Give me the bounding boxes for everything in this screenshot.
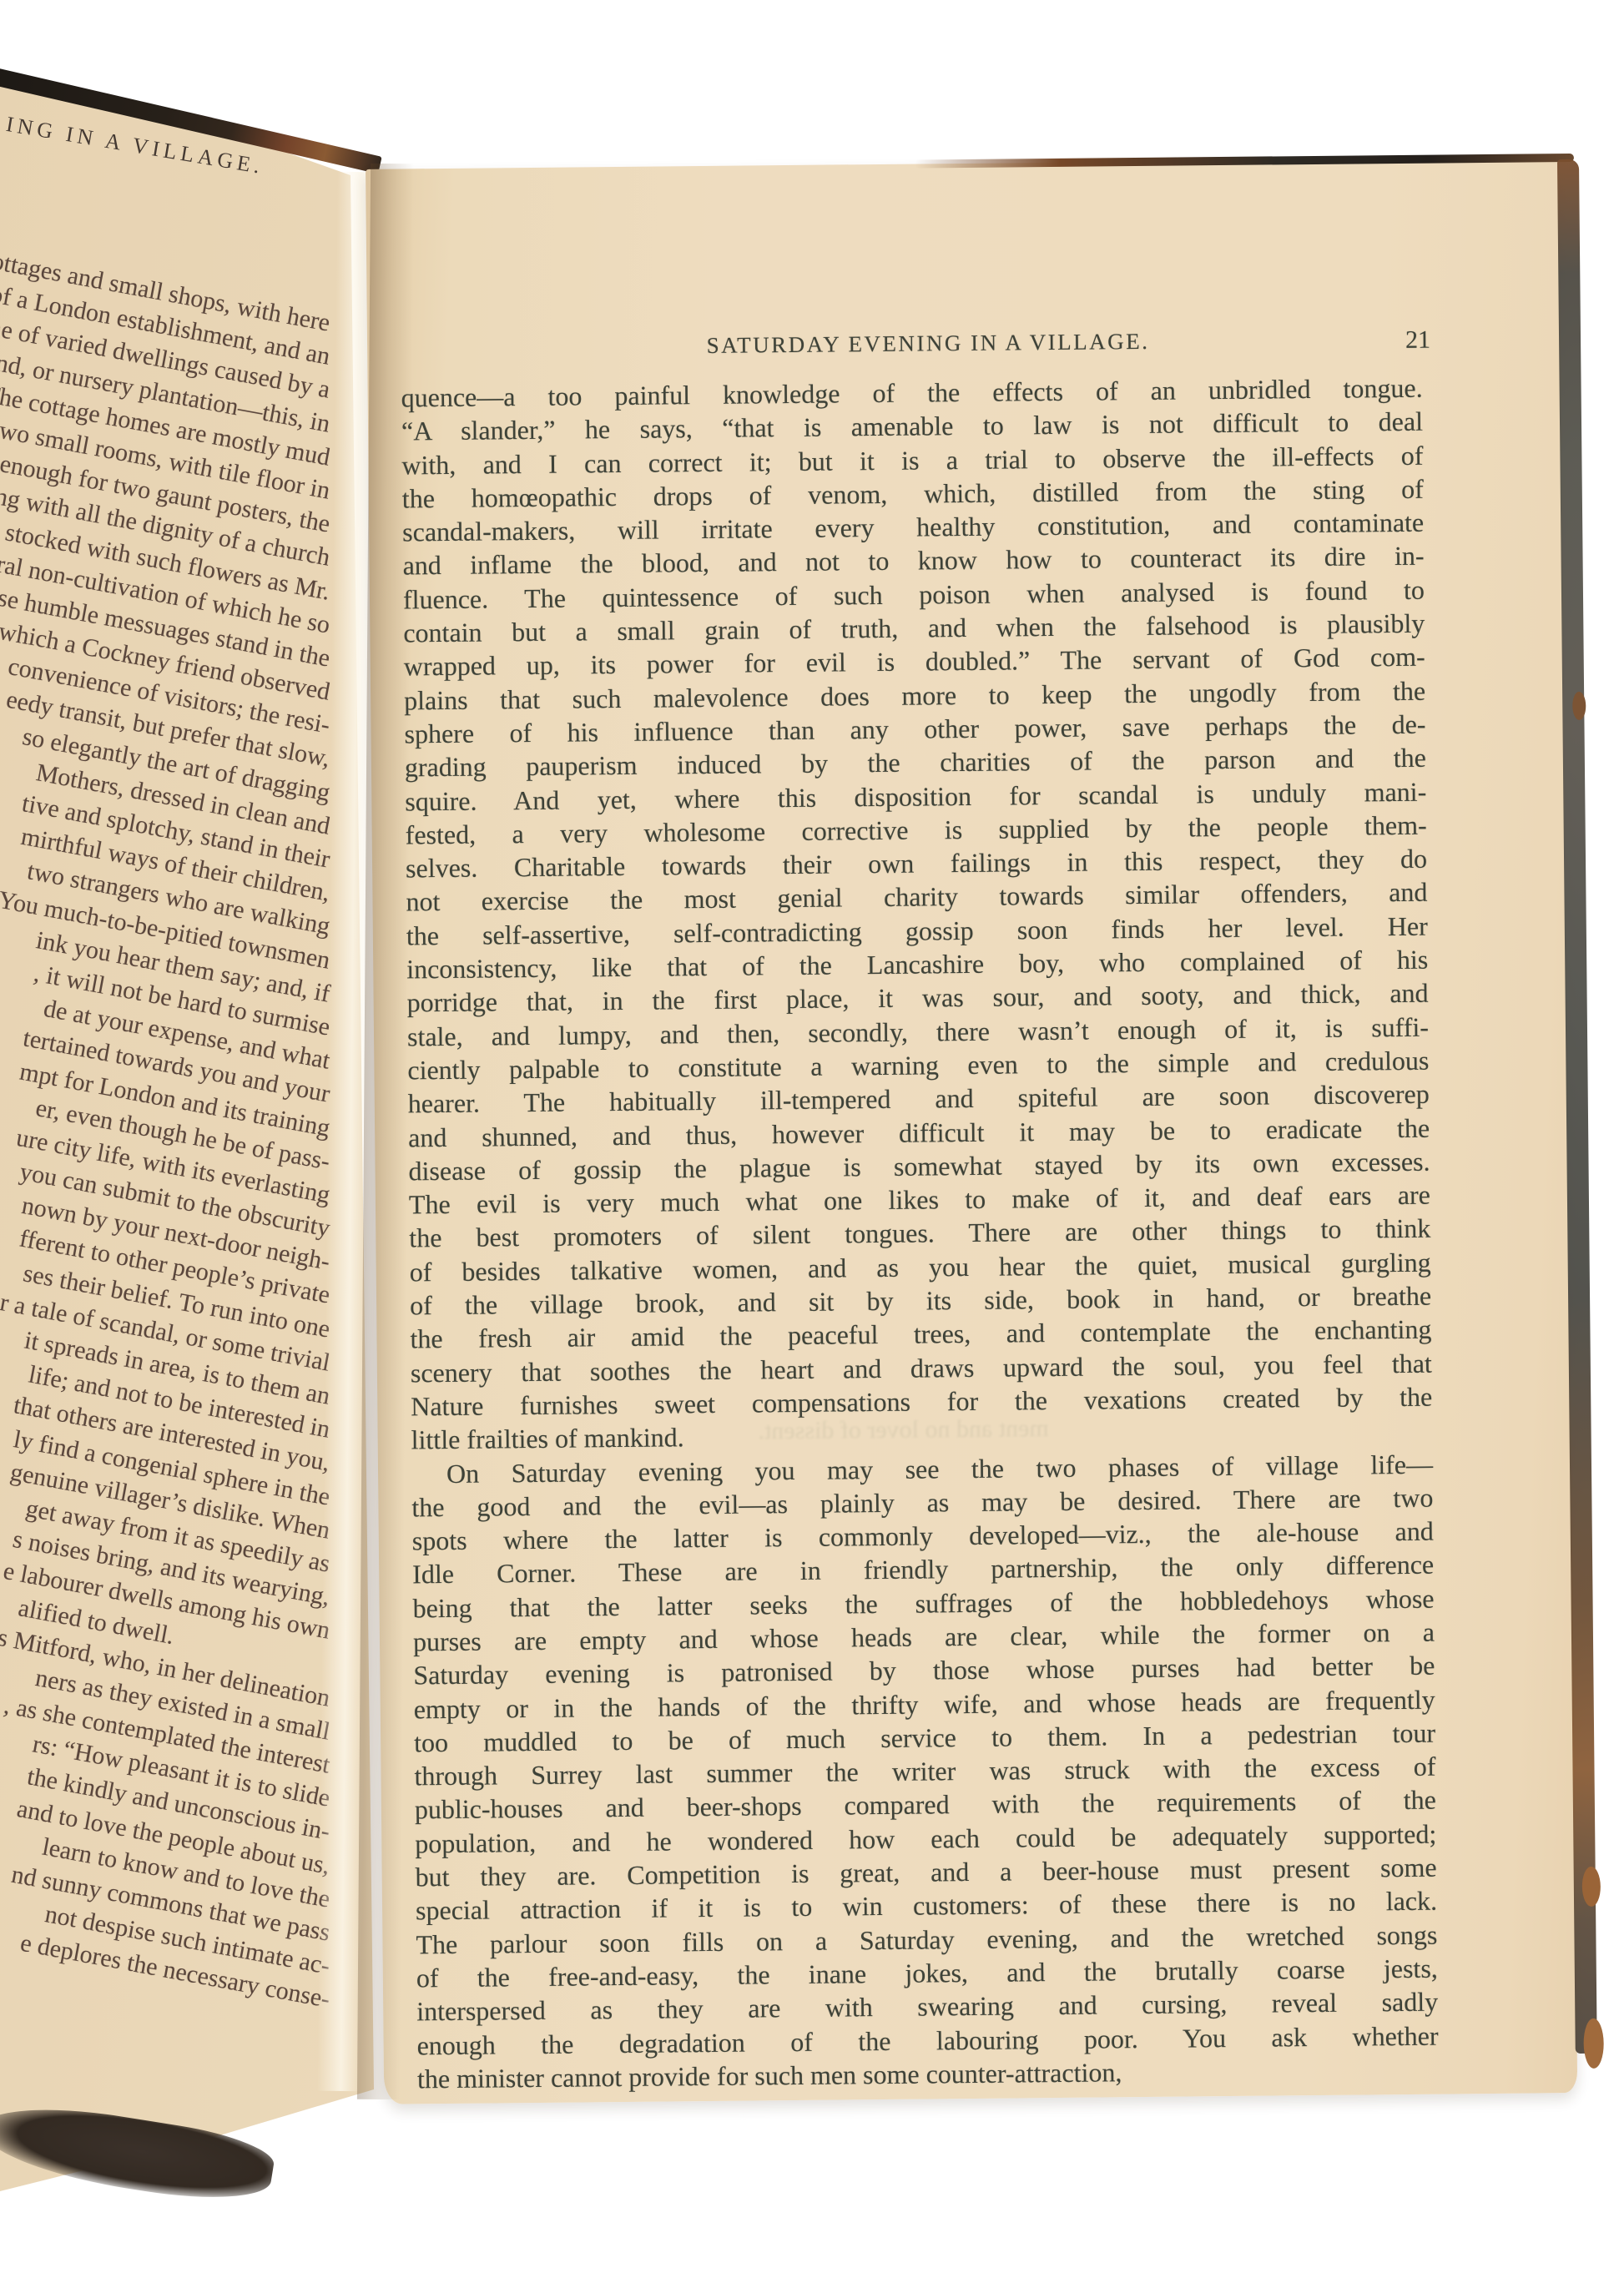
page-block-fore-edge — [1557, 159, 1597, 2054]
fore-edge-rust-spot — [1583, 2018, 1604, 2069]
right-page-paper: ment and no lover of dissent. SATURDAY E… — [366, 158, 1577, 2104]
fore-edge-rust-spot — [1582, 1867, 1601, 1907]
left-page-text-column: k cottages and small shops, with hereof … — [0, 307, 330, 2018]
page-number: 21 — [1405, 326, 1430, 355]
right-page-text-column: quence—a too painful knowledge of the ef… — [401, 371, 1439, 2096]
running-header: SATURDAY EVENING IN A VILLAGE. — [401, 325, 1455, 361]
page-block-top-edge — [915, 154, 1574, 169]
right-page-header-row: SATURDAY EVENING IN A VILLAGE. 21 — [401, 325, 1455, 365]
fore-edge-rust-spot — [1572, 692, 1586, 720]
book-photo: { "colors": { "background": "#ffffff", "… — [0, 0, 1624, 2273]
